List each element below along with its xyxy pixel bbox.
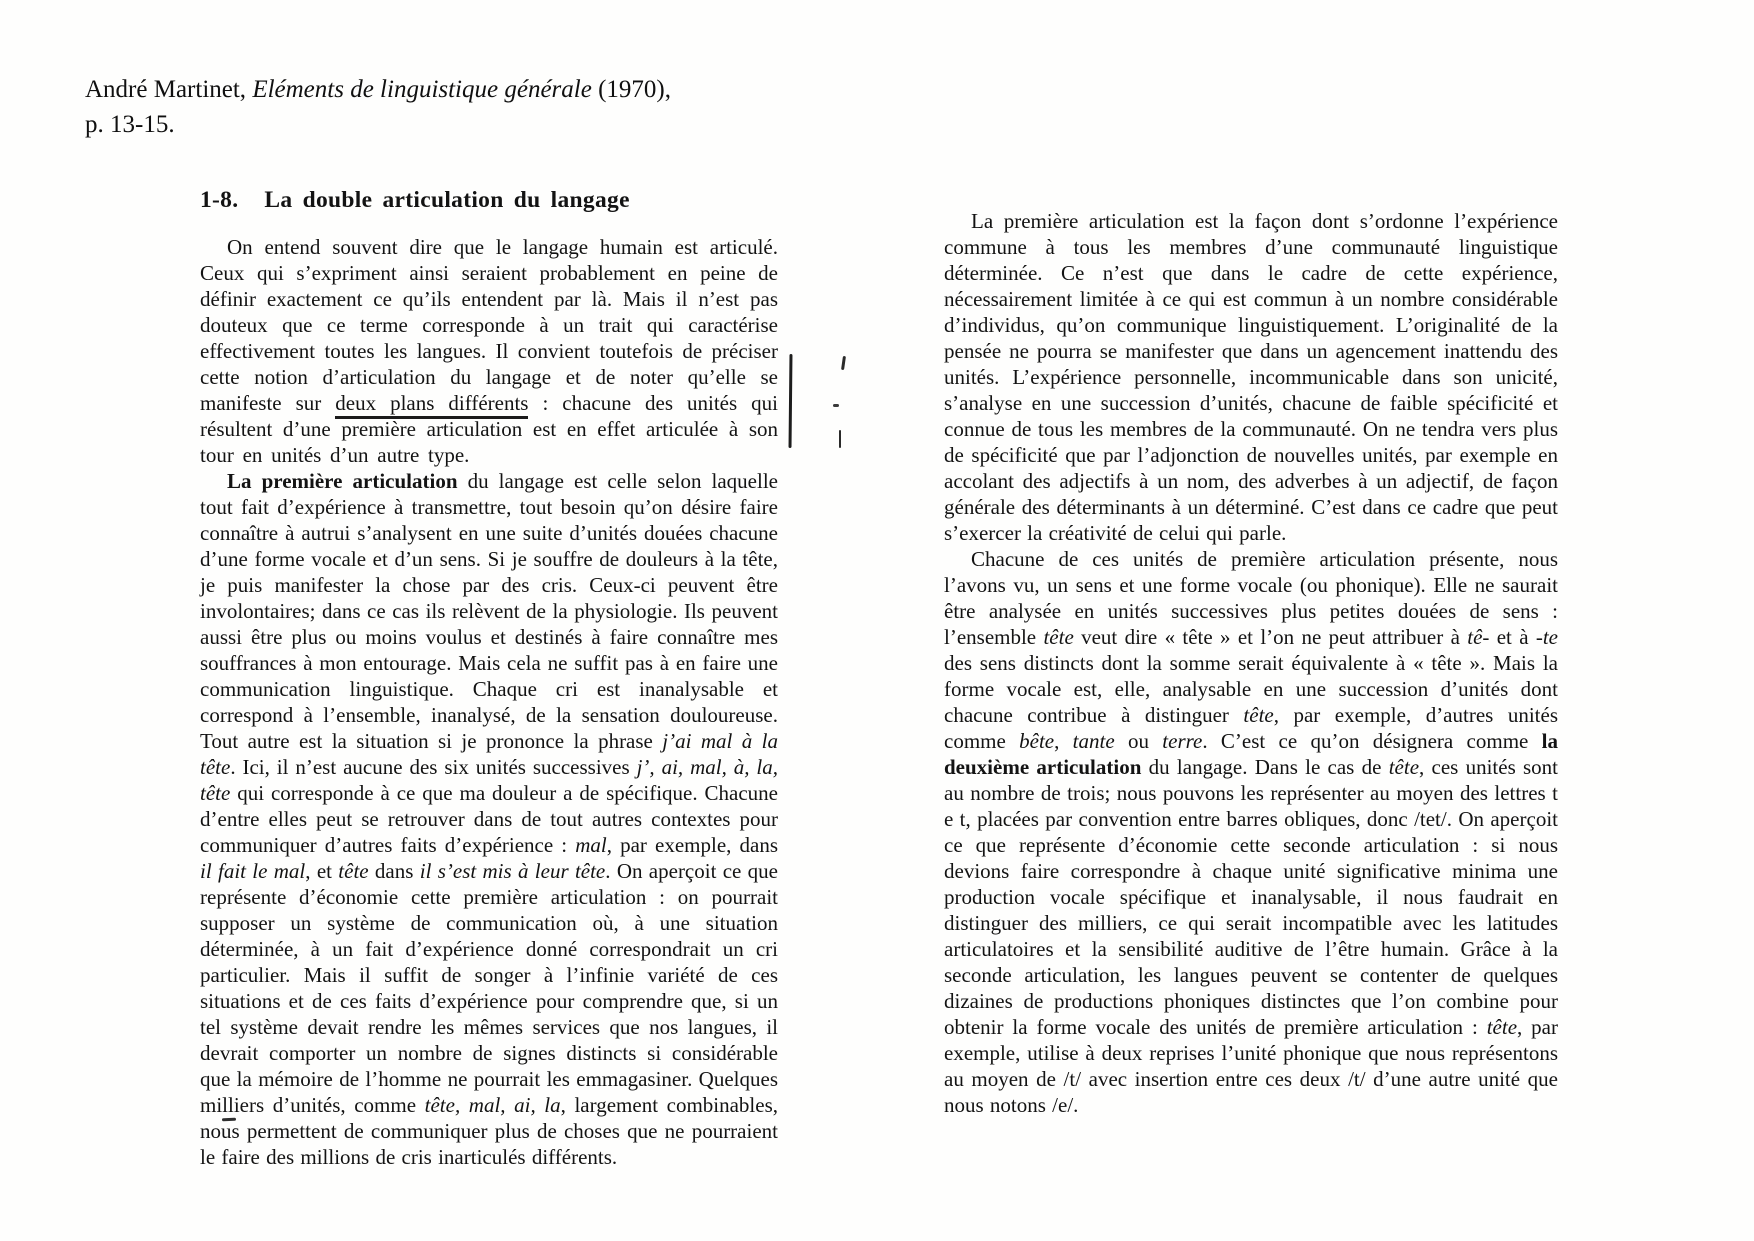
citation-pages: p. 13-15. [85,111,175,138]
margin-pen-line [789,354,793,448]
margin-pen-tick [839,430,841,448]
paragraph: La première articulation est la façon do… [944,208,1558,546]
paragraph: Chacune de ces unités de première articu… [944,546,1558,1118]
section-title: La double articulation du langage [264,187,629,213]
source-citation: André Martinet, Eléments de linguistique… [85,72,671,142]
citation-title: Eléments de linguistique générale [252,76,592,103]
right-text-column: La première articulation est la façon do… [944,208,1558,1118]
margin-pen-dot [833,404,839,407]
margin-pen-tick [841,356,846,370]
scanned-book-page: André Martinet, Eléments de linguistique… [0,0,1754,1241]
section-number: 1-8. [200,187,238,213]
left-text-column: 1-8.La double articulation du langage On… [200,186,778,1170]
margin-pen-dash [222,1118,236,1121]
paragraph: On entend souvent dire que le langage hu… [200,234,778,468]
paragraph: La première articulation du langage est … [200,468,778,1170]
citation-year: (1970), [592,76,671,103]
section-heading: 1-8.La double articulation du langage [200,186,778,214]
citation-author: André Martinet, [85,76,252,103]
